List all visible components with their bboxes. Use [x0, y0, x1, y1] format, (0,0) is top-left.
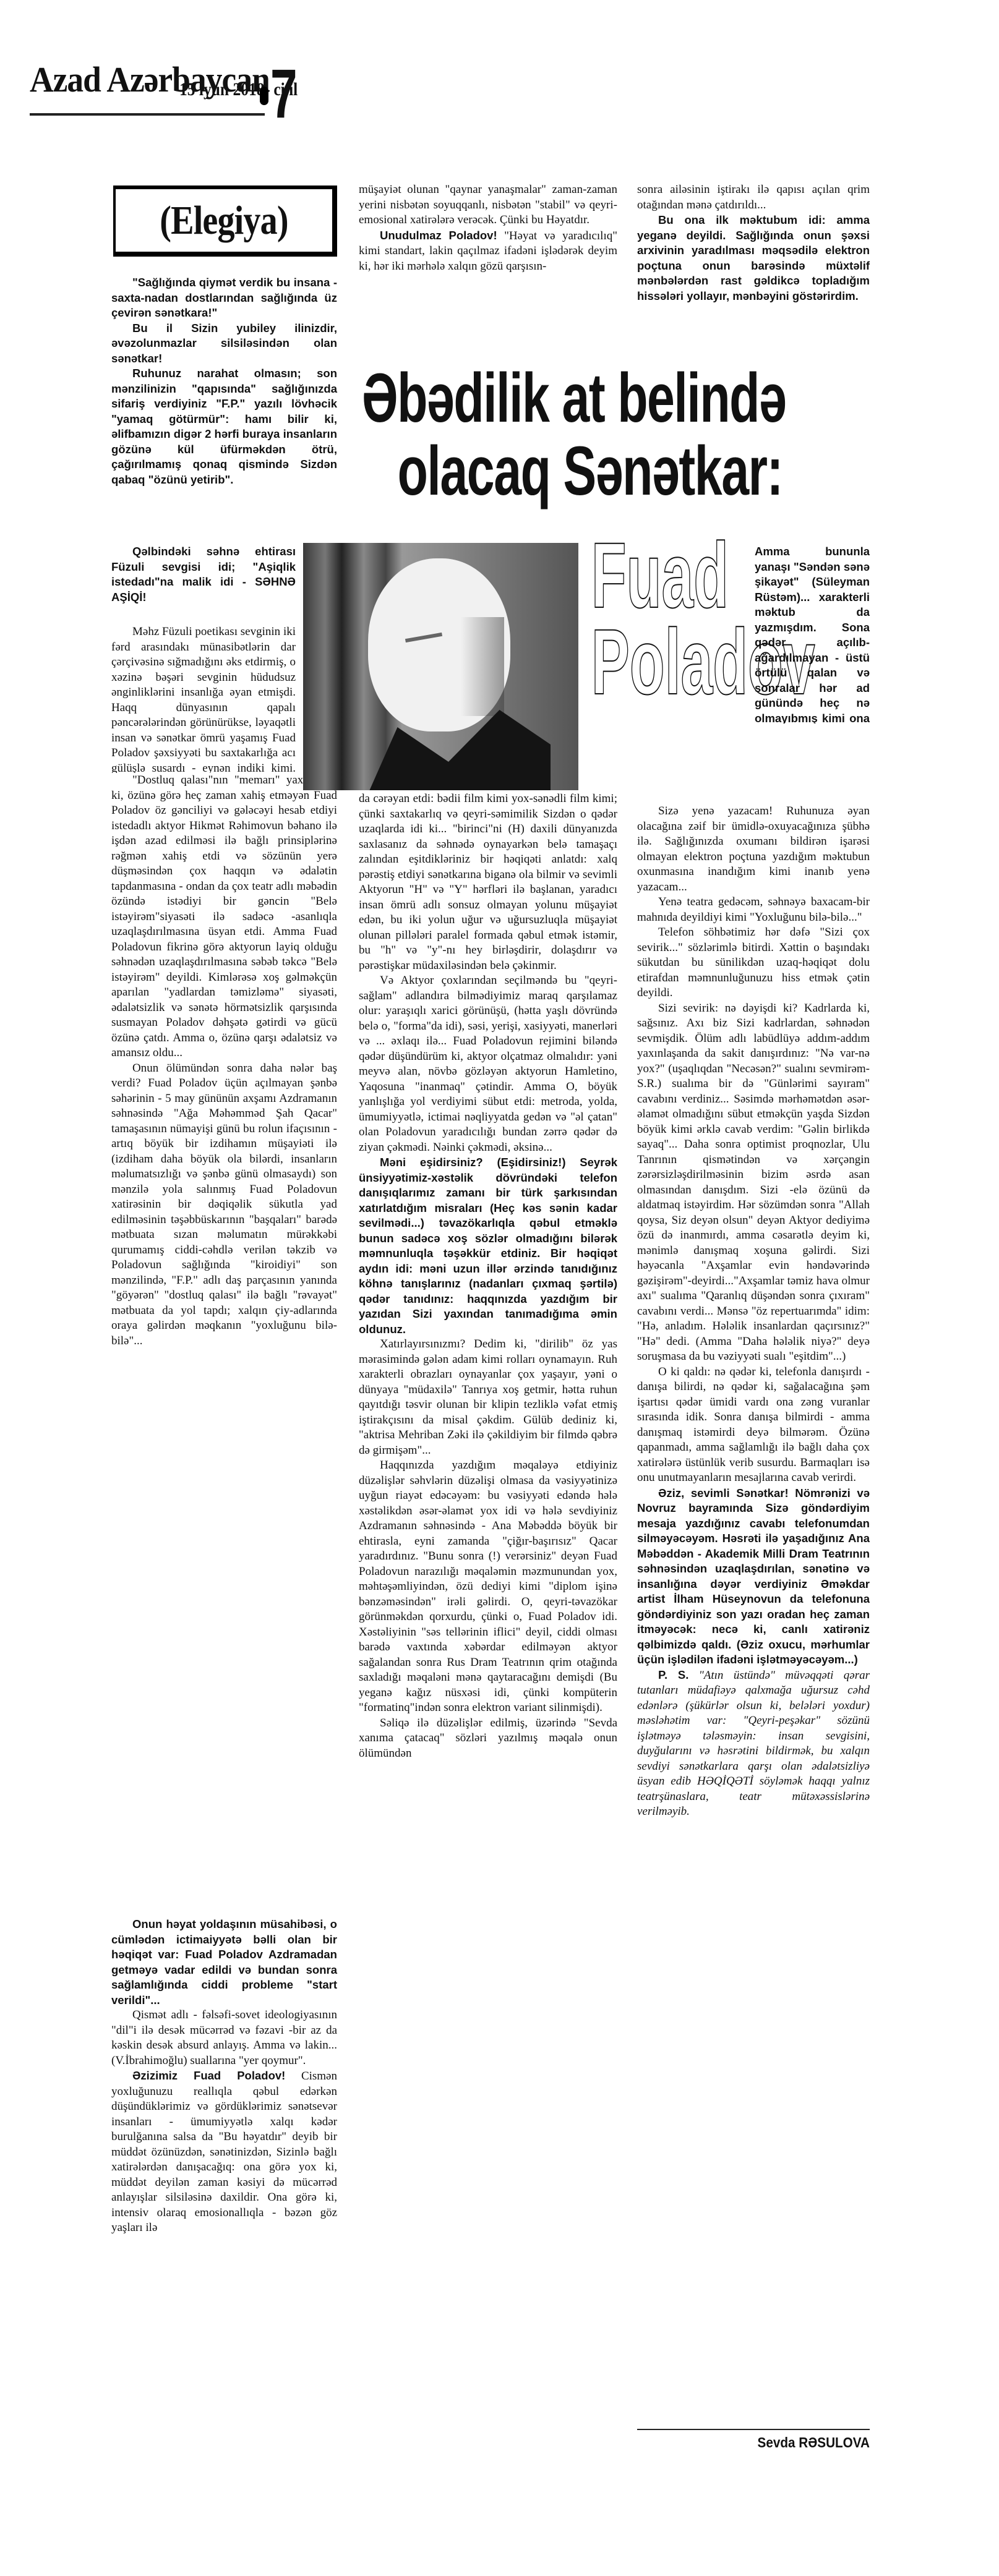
- left-column-lead: "Sağlığında qiymət verdik bu insana - sa…: [111, 275, 337, 487]
- headline-line-1: Əbədilik at belində: [362, 362, 736, 435]
- portrait-photo: [303, 543, 578, 790]
- header-rule: [30, 113, 265, 116]
- right-column-body: Sizə yenə yazacam! Ruhunuza əyan olacağı…: [637, 804, 870, 2424]
- body-paragraph: "Dostluq qalası"nın "memarı" yaxşı bilir…: [111, 773, 337, 1061]
- body-paragraph: da cərəyan etdi: bədii film kimi yox-sən…: [359, 791, 617, 973]
- body-paragraph: Xatırlayırsınızmı? Dedim ki, "dirilib" ö…: [359, 1337, 617, 1458]
- subject-last-name: Poladov: [591, 618, 714, 705]
- lead-paragraph: Ruhunuz narahat olmasın; son mənzilinizi…: [111, 366, 337, 487]
- article-headline: Əbədilik at belində olacaq Sənətkar:: [362, 362, 736, 508]
- subject-name-title: Fuad Poladov: [591, 532, 714, 705]
- left-column-narrow: Qəlbindəki səhnə ehtirası Füzuli sevgisi…: [111, 544, 296, 605]
- lead-paragraph: "Sağlığında qiymət verdik bu insana - sa…: [111, 275, 337, 321]
- headline-line-2: olacaq Sənətkar:: [362, 435, 736, 508]
- subject-first-name: Fuad: [591, 532, 714, 618]
- body-paragraph: sonra ailəsinin iştirakı ilə qapısı açıl…: [637, 182, 870, 213]
- page-number-dot: [260, 87, 268, 105]
- body-paragraph: Yenə teatra gedəcəm, səhnəyə baxacam-bir…: [637, 895, 870, 925]
- bold-paragraph: Onun həyat yoldaşının müsahibəsi, o cüml…: [111, 1917, 337, 2008]
- ps-text: "Atın üstündə" müvəqqəti qərar tutanları…: [637, 1669, 870, 1819]
- body-paragraph: O ki qaldı: nə qədər ki, telefonla danış…: [637, 1365, 870, 1486]
- rubric-label: (Elegiya): [160, 197, 288, 244]
- bold-paragraph: Məni eşidirsiniz? (Eşidirsiniz!) Seyrək …: [359, 1155, 617, 1337]
- ps-label: P. S.: [658, 1668, 688, 1681]
- photo-shadow: [461, 617, 504, 716]
- bold-paragraph: Əziz, sevimli Sənətkar! Nömrənizi və Nov…: [637, 1486, 870, 1668]
- body-paragraph: müşayiət olunan "qaynar yanaşmalar" zama…: [359, 182, 617, 228]
- body-paragraph: Və Aktyor çoxlarından seçilməndə bu "qey…: [359, 973, 617, 1155]
- body-paragraph: Səliqə ilə düzəlişlər edilmiş, üzərində …: [359, 1716, 617, 1762]
- right-column-wrap: Amma bununla yanaşı "Səndən sənə şikayət…: [755, 544, 870, 723]
- wrap-bold-paragraph: Amma bununla yanaşı "Səndən sənə şikayət…: [755, 544, 870, 723]
- body-paragraph: Haqqınızda yazdığım məqaləyə etdiyiniz d…: [359, 1458, 617, 1716]
- right-column-top: sonra ailəsinin iştirakı ilə qapısı açıl…: [637, 182, 870, 304]
- body-paragraph: Sizə yenə yazacam! Ruhunuza əyan olacağı…: [637, 804, 870, 895]
- middle-column-top: müşayiət olunan "qaynar yanaşmalar" zama…: [359, 182, 617, 274]
- body-paragraph: Sizi sevirik: nə dəyişdi ki? Kadrlarda k…: [637, 1001, 870, 1365]
- left-column-bottom: Onun həyat yoldaşının müsahibəsi, o cüml…: [111, 1917, 337, 2236]
- lead-paragraph: Bu il Sizin yubiley ilinizdir, əvəzolunm…: [111, 321, 337, 367]
- body-paragraph: Məhz Füzuli poetikası sevginin iki fərd …: [111, 625, 296, 773]
- bold-lead: Unudulmaz Poladov!: [380, 229, 497, 242]
- left-column-beside-photo: Məhz Füzuli poetikası sevginin iki fərd …: [111, 625, 296, 773]
- bold-paragraph: Bu ona ilk məktubum idi: amma yeganə dey…: [637, 213, 870, 304]
- middle-column-body: da cərəyan etdi: bədii film kimi yox-sən…: [359, 791, 617, 2371]
- lead-paragraph: Qəlbindəki səhnə ehtirası Füzuli sevgisi…: [111, 544, 296, 605]
- page-number: 7: [270, 59, 298, 129]
- bold-lead: Əzizimiz Fuad Poladov!: [132, 2069, 285, 2082]
- body-paragraph: Telefon söhbətimiz hər dəfə "Sizi çox se…: [637, 925, 870, 1001]
- rubric-box: (Elegiya): [113, 186, 337, 257]
- body-paragraph: Qismət adlı - fəlsəfi-sovet ideologiyası…: [111, 2008, 337, 2068]
- signature-rule: [637, 2429, 870, 2430]
- body-text: Cismən yoxluğunuzu reallıqla qəbul edərk…: [111, 2070, 337, 2234]
- left-column-body: "Dostluq qalası"nın "memarı" yaxşı bilir…: [111, 773, 337, 1914]
- body-paragraph: Onun ölümündən sonra daha nələr baş verd…: [111, 1061, 337, 1349]
- author-signature: Sevda RƏSULOVA: [661, 2434, 870, 2451]
